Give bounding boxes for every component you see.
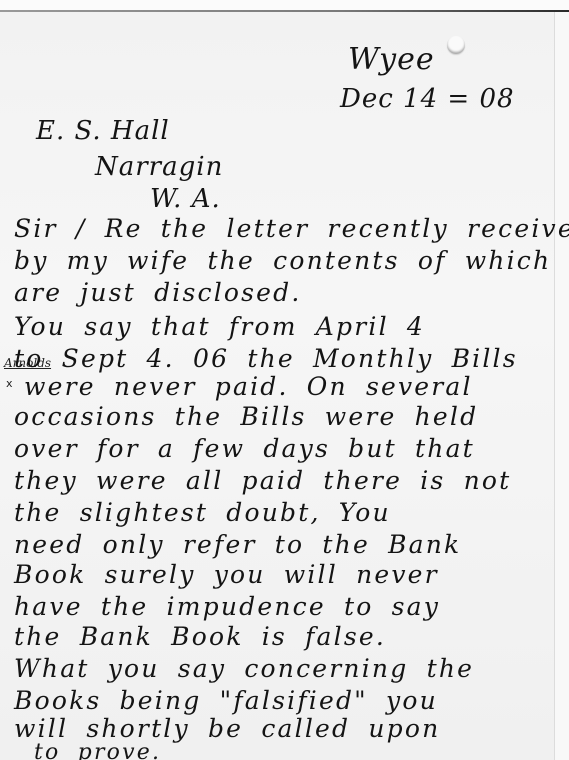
body-line: Book surely you will never xyxy=(14,560,439,589)
punch-hole xyxy=(447,36,465,54)
body-line: will shortly be called upon xyxy=(14,714,440,743)
body-line: occasions the Bills were held xyxy=(14,402,478,431)
addressee-name: E. S. Hall xyxy=(36,116,170,146)
body-line: by my wife the contents of which xyxy=(14,246,551,275)
body-line: Sir / Re the letter recently received xyxy=(14,214,569,243)
body-line: to Sept 4. 06 the Monthly Bills xyxy=(14,344,518,373)
addressee-state: W. A. xyxy=(150,184,221,214)
body-line: the slightest doubt, You xyxy=(14,498,391,527)
letter-page: Wyee Dec 14 = 08 E. S. Hall Narragin W. … xyxy=(0,0,569,760)
body-line: need only refer to the Bank xyxy=(14,530,461,559)
letter-date: Dec 14 = 08 xyxy=(340,84,515,114)
body-line: Books being "falsified" you xyxy=(14,686,438,715)
letter-place: Wyee xyxy=(348,42,435,77)
body-line: over for a few days but that xyxy=(14,434,475,463)
addressee-town: Narragin xyxy=(95,152,223,182)
margin-annotation-mark: x xyxy=(6,377,13,390)
paper-top-edge xyxy=(0,0,569,12)
body-line: they were all paid there is not xyxy=(14,466,511,495)
body-line: You say that from April 4 xyxy=(14,312,425,341)
body-line: the Bank Book is false. xyxy=(14,622,386,651)
body-line: have the impudence to say xyxy=(14,592,440,621)
paper-right-edge xyxy=(554,12,569,760)
body-line: What you say concerning the xyxy=(14,654,474,683)
body-line: were never paid. On several xyxy=(24,372,473,401)
body-line: are just disclosed. xyxy=(14,278,302,307)
body-line: to prove. xyxy=(34,740,161,760)
